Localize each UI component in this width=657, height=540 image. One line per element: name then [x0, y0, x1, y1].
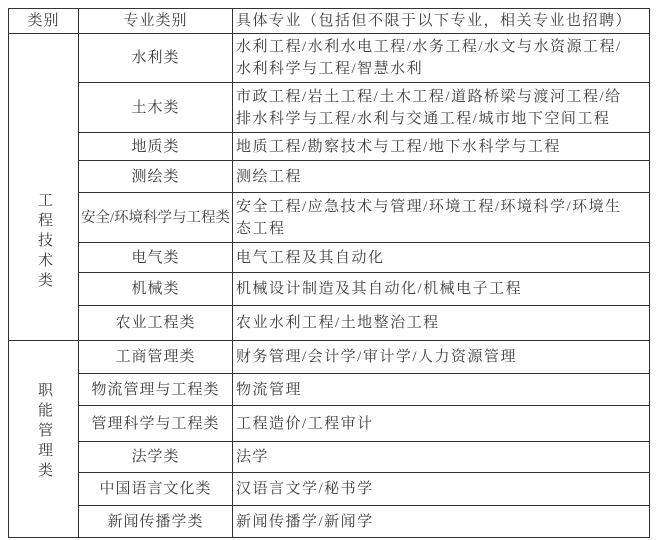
major-category-cell: 管理科学与工程类 — [79, 406, 233, 442]
header-category: 类别 — [9, 9, 79, 34]
major-category-cell: 农业工程类 — [79, 306, 233, 341]
majors-cell: 法学 — [233, 442, 650, 473]
major-category-cell: 电气类 — [79, 243, 233, 273]
major-category-cell: 新闻传播学类 — [79, 506, 233, 538]
major-category-cell: 物流管理与工程类 — [79, 374, 233, 406]
recruitment-majors-table: 类别 专业类别 具体专业（包括但不限于以下专业，相关专业也招聘） 工程技术类 水… — [8, 8, 650, 538]
major-category-cell: 安全/环境科学与工程类 — [79, 193, 233, 243]
majors-cell: 农业水利工程/土地整治工程 — [233, 306, 650, 341]
table-row: 法学类 法学 — [9, 442, 650, 473]
table-row: 管理科学与工程类 工程造价/工程审计 — [9, 406, 650, 442]
group-label-management-cell: 职能管理类 — [9, 341, 79, 538]
group-label-engineering-cell: 工程技术类 — [9, 34, 79, 341]
major-category-cell: 水利类 — [79, 34, 233, 83]
majors-cell: 财务管理/会计学/审计学/人力资源管理 — [233, 341, 650, 374]
header-major-category: 专业类别 — [79, 9, 233, 34]
table-row: 土木类 市政工程/岩土工程/土木工程/道路桥梁与渡河工程/给 排水科学与工程/水… — [9, 83, 650, 133]
header-specific-majors: 具体专业（包括但不限于以下专业，相关专业也招聘） — [233, 9, 650, 34]
majors-cell: 测绘工程 — [233, 161, 650, 193]
group-label-management: 职能管理类 — [36, 382, 51, 482]
table-row: 机械类 机械设计制造及其自动化/机械电子工程 — [9, 273, 650, 306]
table-row: 农业工程类 农业水利工程/土地整治工程 — [9, 306, 650, 341]
majors-cell: 安全工程/应急技术与管理/环境工程/环境科学/环境生 态工程 — [233, 193, 650, 243]
table-row: 中国语言文化类 汉语言文学/秘书学 — [9, 473, 650, 506]
major-category-cell: 工商管理类 — [79, 341, 233, 374]
majors-cell: 汉语言文学/秘书学 — [233, 473, 650, 506]
major-category-cell: 地质类 — [79, 133, 233, 161]
majors-cell: 新闻传播学/新闻学 — [233, 506, 650, 538]
table-row: 职能管理类 工商管理类 财务管理/会计学/审计学/人力资源管理 — [9, 341, 650, 374]
majors-cell: 地质工程/勘察技术与工程/地下水科学与工程 — [233, 133, 650, 161]
table-row: 测绘类 测绘工程 — [9, 161, 650, 193]
table-row: 物流管理与工程类 物流管理 — [9, 374, 650, 406]
table-row: 电气类 电气工程及其自动化 — [9, 243, 650, 273]
group-label-engineering: 工程技术类 — [36, 192, 51, 292]
header-row: 类别 专业类别 具体专业（包括但不限于以下专业，相关专业也招聘） — [9, 9, 650, 34]
majors-cell: 电气工程及其自动化 — [233, 243, 650, 273]
majors-cell: 机械设计制造及其自动化/机械电子工程 — [233, 273, 650, 306]
majors-cell: 市政工程/岩土工程/土木工程/道路桥梁与渡河工程/给 排水科学与工程/水利与交通… — [233, 83, 650, 133]
table-row: 安全/环境科学与工程类 安全工程/应急技术与管理/环境工程/环境科学/环境生 态… — [9, 193, 650, 243]
major-category-cell: 土木类 — [79, 83, 233, 133]
majors-cell: 工程造价/工程审计 — [233, 406, 650, 442]
major-category-cell: 机械类 — [79, 273, 233, 306]
major-category-cell: 测绘类 — [79, 161, 233, 193]
major-category-cell: 中国语言文化类 — [79, 473, 233, 506]
majors-cell: 物流管理 — [233, 374, 650, 406]
majors-cell: 水利工程/水利水电工程/水务工程/水文与水资源工程/ 水利科学与工程/智慧水利 — [233, 34, 650, 83]
major-category-cell: 法学类 — [79, 442, 233, 473]
table-row: 地质类 地质工程/勘察技术与工程/地下水科学与工程 — [9, 133, 650, 161]
table-row: 新闻传播学类 新闻传播学/新闻学 — [9, 506, 650, 538]
table-row: 工程技术类 水利类 水利工程/水利水电工程/水务工程/水文与水资源工程/ 水利科… — [9, 34, 650, 83]
